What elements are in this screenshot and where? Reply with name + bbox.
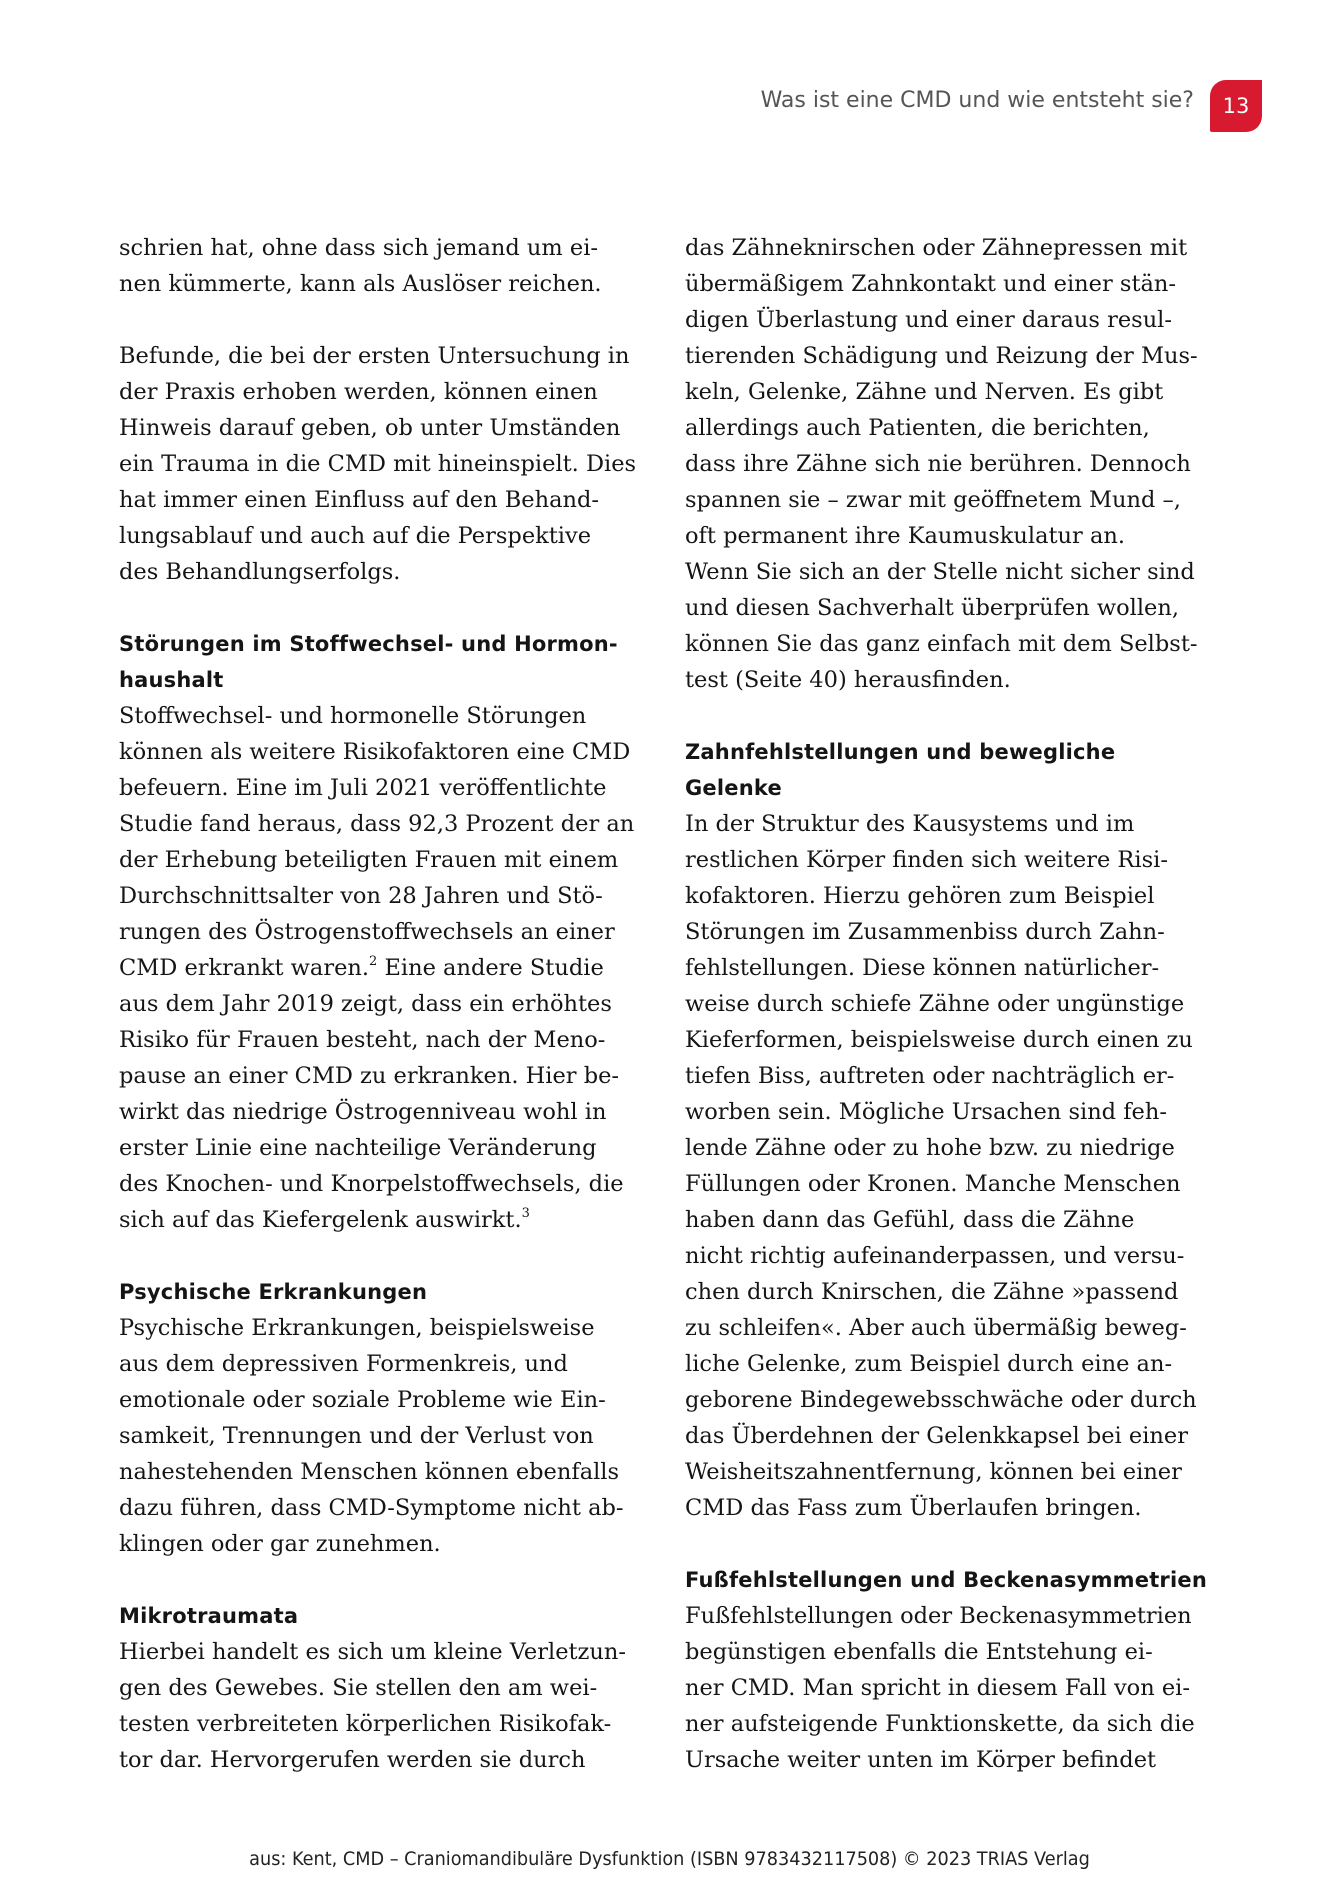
text-line: chen durch Knirschen, die Zähne »passend — [685, 1274, 1205, 1310]
text-line: können als weitere Risikofaktoren eine C… — [119, 734, 639, 770]
text-line: Füllungen oder Kronen. Manche Menschen — [685, 1166, 1205, 1202]
text-line: der Praxis erhoben werden, können einen — [119, 374, 639, 410]
text-line: rungen des Östrogenstoffwechsels an eine… — [119, 914, 639, 950]
text-line: das Zähneknirschen oder Zähnepressen mit — [685, 230, 1205, 266]
page-number: 13 — [1223, 94, 1250, 118]
text-line: des Knochen- und Knorpelstoffwechsels, d… — [119, 1166, 639, 1202]
section-heading: Psychische Erkrankungen — [119, 1274, 639, 1310]
text-line: lende Zähne oder zu hohe bzw. zu niedrig… — [685, 1130, 1205, 1166]
section-zahnfehlstellungen: Zahnfehlstellungen und bewegliche Gelenk… — [685, 734, 1205, 1526]
text-line: testen verbreiteten körperlichen Risikof… — [119, 1706, 639, 1742]
text-line: können Sie das ganz einfach mit dem Selb… — [685, 626, 1205, 662]
section-heading: Mikrotraumata — [119, 1598, 639, 1634]
page-footer-citation: aus: Kent, CMD – Craniomandibuläre Dysfu… — [47, 1848, 1292, 1870]
text-line: digen Überlastung und einer daraus resul… — [685, 302, 1205, 338]
text-line: wirkt das niedrige Östrogenniveau wohl i… — [119, 1094, 639, 1130]
book-page: Was ist eine CMD und wie entsteht sie? 1… — [0, 0, 1339, 1890]
text-line: spannen sie – zwar mit geöffnetem Mund –… — [685, 482, 1205, 518]
section-heading: Zahnfehlstellungen und bewegliche — [685, 734, 1205, 770]
text-line: lungsablauf und auch auf die Perspektive — [119, 518, 639, 554]
text-line: übermäßigem Zahnkontakt und einer stän- — [685, 266, 1205, 302]
text-line: nicht richtig aufeinanderpassen, und ver… — [685, 1238, 1205, 1274]
text-line: pause an einer CMD zu erkranken. Hier be… — [119, 1058, 639, 1094]
text-line: aus dem Jahr 2019 zeigt, dass ein erhöht… — [119, 986, 639, 1022]
text-line: des Behandlungserfolgs. — [119, 554, 639, 590]
paragraph-intro-right: das Zähneknirschen oder Zähnepressen mit… — [685, 230, 1205, 698]
text-line: Psychische Erkrankungen, beispielsweise — [119, 1310, 639, 1346]
text-line-with-footnote: sich auf das Kiefergelenk auswirkt.3 — [119, 1202, 639, 1238]
text-line: tierenden Schädigung und Reizung der Mus… — [685, 338, 1205, 374]
text-line: gen des Gewebes. Sie stellen den am wei- — [119, 1670, 639, 1706]
text-line: fehlstellungen. Diese können natürlicher… — [685, 950, 1205, 986]
text-fragment: CMD erkrankt waren. — [119, 955, 369, 981]
text-line: samkeit, Trennungen und der Verlust von — [119, 1418, 639, 1454]
text-line: tiefen Biss, auftreten oder nachträglich… — [685, 1058, 1205, 1094]
text-line: Kieferformen, beispielsweise durch einen… — [685, 1022, 1205, 1058]
footnote-ref[interactable]: 3 — [522, 1206, 530, 1221]
text-line: zu schleifen«. Aber auch übermäßig beweg… — [685, 1310, 1205, 1346]
text-line: begünstigen ebenfalls die Entstehung ei- — [685, 1634, 1205, 1670]
text-line: In der Struktur des Kausystems und im — [685, 806, 1205, 842]
text-fragment: sich auf das Kiefergelenk auswirkt. — [119, 1207, 522, 1233]
left-column: schrien hat, ohne dass sich jemand um ei… — [119, 230, 639, 1778]
section-heading: Gelenke — [685, 770, 1205, 806]
text-line-with-footnote: CMD erkrankt waren.2 Eine andere Studie — [119, 950, 639, 986]
text-line: Weisheitszahnentfernung, können bei eine… — [685, 1454, 1205, 1490]
page-number-badge: 13 — [1210, 80, 1262, 132]
text-line: tor dar. Hervorgerufen werden sie durch — [119, 1742, 639, 1778]
text-line: kofaktoren. Hierzu gehören zum Beispiel — [685, 878, 1205, 914]
text-line: worben sein. Mögliche Ursachen sind feh- — [685, 1094, 1205, 1130]
text-line: restlichen Körper finden sich weitere Ri… — [685, 842, 1205, 878]
text-line: schrien hat, ohne dass sich jemand um ei… — [119, 230, 639, 266]
section-heading: Störungen im Stoffwechsel- und Hormon- — [119, 626, 639, 662]
running-head-title: Was ist eine CMD und wie entsteht sie? — [761, 88, 1194, 113]
text-line: weise durch schiefe Zähne oder ungünstig… — [685, 986, 1205, 1022]
text-line: haben dann das Gefühl, dass die Zähne — [685, 1202, 1205, 1238]
text-line: emotionale oder soziale Probleme wie Ein… — [119, 1382, 639, 1418]
text-line: Hierbei handelt es sich um kleine Verlet… — [119, 1634, 639, 1670]
text-line: klingen oder gar zunehmen. — [119, 1526, 639, 1562]
text-line: Stoffwechsel- und hormonelle Störungen — [119, 698, 639, 734]
text-line: befeuern. Eine im Juli 2021 veröffentlic… — [119, 770, 639, 806]
text-line: CMD das Fass zum Überlaufen bringen. — [685, 1490, 1205, 1526]
text-line: keln, Gelenke, Zähne und Nerven. Es gibt — [685, 374, 1205, 410]
paragraph-befunde: Befunde, die bei der ersten Untersuchung… — [119, 338, 639, 590]
section-stoffwechsel: Störungen im Stoffwechsel- und Hormon- h… — [119, 626, 639, 1238]
text-line: Durchschnittsalter von 28 Jahren und Stö… — [119, 878, 639, 914]
section-fussfehlstellungen: Fußfehlstellungen und Beckenasymmetrien … — [685, 1562, 1205, 1778]
text-line: der Erhebung beteiligten Frauen mit eine… — [119, 842, 639, 878]
footnote-ref[interactable]: 2 — [369, 954, 377, 969]
text-line: nen kümmerte, kann als Auslöser reichen. — [119, 266, 639, 302]
text-line: und diesen Sachverhalt überprüfen wollen… — [685, 590, 1205, 626]
text-line: allerdings auch Patienten, die berichten… — [685, 410, 1205, 446]
text-line: das Überdehnen der Gelenkkapsel bei eine… — [685, 1418, 1205, 1454]
right-column: das Zähneknirschen oder Zähnepressen mit… — [685, 230, 1205, 1778]
text-line: hat immer einen Einfluss auf den Behand- — [119, 482, 639, 518]
text-line: Ursache weiter unten im Körper befindet — [685, 1742, 1205, 1778]
text-line: Fußfehlstellungen oder Beckenasymmetrien — [685, 1598, 1205, 1634]
section-heading: Fußfehlstellungen und Beckenasymmetrien — [685, 1562, 1205, 1598]
text-line: Befunde, die bei der ersten Untersuchung… — [119, 338, 639, 374]
text-line: erster Linie eine nachteilige Veränderun… — [119, 1130, 639, 1166]
text-line: test (Seite 40) herausfinden. — [685, 662, 1205, 698]
section-mikrotraumata: Mikrotraumata Hierbei handelt es sich um… — [119, 1598, 639, 1778]
text-line: dazu führen, dass CMD-Symptome nicht ab- — [119, 1490, 639, 1526]
text-line: oft permanent ihre Kaumuskulatur an. — [685, 518, 1205, 554]
text-line: Studie fand heraus, dass 92,3 Prozent de… — [119, 806, 639, 842]
text-line: Wenn Sie sich an der Stelle nicht sicher… — [685, 554, 1205, 590]
text-line: ner CMD. Man spricht in diesem Fall von … — [685, 1670, 1205, 1706]
paragraph-intro-left: schrien hat, ohne dass sich jemand um ei… — [119, 230, 639, 302]
section-psychisch: Psychische Erkrankungen Psychische Erkra… — [119, 1274, 639, 1562]
text-line: aus dem depressiven Formenkreis, und — [119, 1346, 639, 1382]
text-line: liche Gelenke, zum Beispiel durch eine a… — [685, 1346, 1205, 1382]
section-heading: haushalt — [119, 662, 639, 698]
text-line: Risiko für Frauen besteht, nach der Meno… — [119, 1022, 639, 1058]
text-line: Hinweis darauf geben, ob unter Umständen — [119, 410, 639, 446]
text-line: geborene Bindegewebsschwäche oder durch — [685, 1382, 1205, 1418]
text-line: Störungen im Zusammenbiss durch Zahn- — [685, 914, 1205, 950]
text-line: ner aufsteigende Funktionskette, da sich… — [685, 1706, 1205, 1742]
text-fragment: Eine andere Studie — [384, 955, 603, 981]
text-line: ein Trauma in die CMD mit hineinspielt. … — [119, 446, 639, 482]
text-line: dass ihre Zähne sich nie berühren. Denno… — [685, 446, 1205, 482]
text-line: nahestehenden Menschen können ebenfalls — [119, 1454, 639, 1490]
